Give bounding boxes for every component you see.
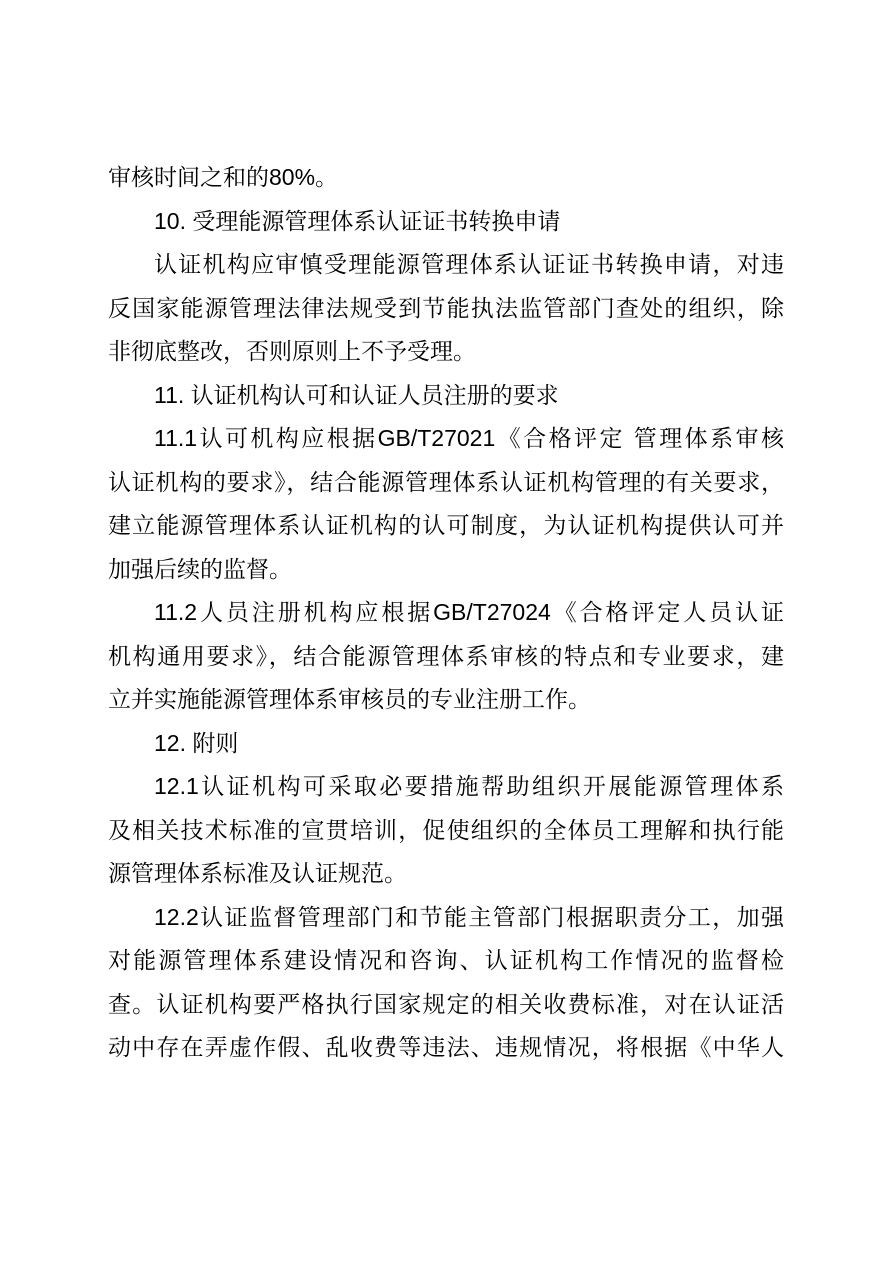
text-line: 非彻底整改，否则原则上不予受理。 xyxy=(108,330,784,374)
text-line: 12.2认证监督管理部门和节能主管部门根据职责分工，加强 xyxy=(108,896,784,940)
text-line: 及相关技术标准的宣贯培训，促使组织的全体员工理解和执行能 xyxy=(108,809,784,853)
text-line: 10. 受理能源管理体系认证证书转换申请 xyxy=(108,200,784,244)
paragraph-heading-11: 11. 认证机构认可和认证人员注册的要求 xyxy=(108,374,784,418)
text-line: 立并实施能源管理体系审核员的专业注册工作。 xyxy=(108,678,784,722)
text-line: 认证机构的要求》，结合能源管理体系认证机构管理的有关要求， xyxy=(108,461,784,505)
document-page: 审核时间之和的80%。10. 受理能源管理体系认证证书转换申请认证机构应审慎受理… xyxy=(0,0,892,1262)
paragraph-11-2: 11.2人员注册机构应根据GB/T27024《合格评定人员认证机构通用要求》，结… xyxy=(108,591,784,722)
text-line: 查。认证机构要严格执行国家规定的相关收费标准，对在认证活 xyxy=(108,983,784,1027)
paragraph-heading-12: 12. 附则 xyxy=(108,722,784,766)
text-line: 建立能源管理体系认证机构的认可制度，为认证机构提供认可并 xyxy=(108,504,784,548)
paragraph-heading-10: 10. 受理能源管理体系认证证书转换申请 xyxy=(108,200,784,244)
paragraph-carryover: 审核时间之和的80%。 xyxy=(108,156,784,200)
paragraph-12-1: 12.1认证机构可采取必要措施帮助组织开展能源管理体系及相关技术标准的宣贯培训，… xyxy=(108,765,784,896)
paragraph-12-2: 12.2认证监督管理部门和节能主管部门根据职责分工，加强对能源管理体系建设情况和… xyxy=(108,896,784,1070)
text-line: 11.1认可机构应根据GB/T27021《合格评定 管理体系审核 xyxy=(108,417,784,461)
text-line: 机构通用要求》，结合能源管理体系审核的特点和专业要求，建 xyxy=(108,635,784,679)
paragraph-10-body: 认证机构应审慎受理能源管理体系认证证书转换申请，对违反国家能源管理法律法规受到节… xyxy=(108,243,784,374)
text-line: 11.2人员注册机构应根据GB/T27024《合格评定人员认证 xyxy=(108,591,784,635)
text-line: 反国家能源管理法律法规受到节能执法监管部门查处的组织，除 xyxy=(108,287,784,331)
text-line: 12.1认证机构可采取必要措施帮助组织开展能源管理体系 xyxy=(108,765,784,809)
text-line: 加强后续的监督。 xyxy=(108,548,784,592)
text-line: 11. 认证机构认可和认证人员注册的要求 xyxy=(108,374,784,418)
document-text-block: 审核时间之和的80%。10. 受理能源管理体系认证证书转换申请认证机构应审慎受理… xyxy=(108,156,784,1070)
text-line: 源管理体系标准及认证规范。 xyxy=(108,852,784,896)
text-line: 12. 附则 xyxy=(108,722,784,766)
text-line: 动中存在弄虚作假、乱收费等违法、违规情况，将根据《中华人 xyxy=(108,1026,784,1070)
paragraph-11-1: 11.1认可机构应根据GB/T27021《合格评定 管理体系审核认证机构的要求》… xyxy=(108,417,784,591)
text-line: 认证机构应审慎受理能源管理体系认证证书转换申请，对违 xyxy=(108,243,784,287)
text-line: 审核时间之和的80%。 xyxy=(108,156,784,200)
text-line: 对能源管理体系建设情况和咨询、认证机构工作情况的监督检 xyxy=(108,939,784,983)
